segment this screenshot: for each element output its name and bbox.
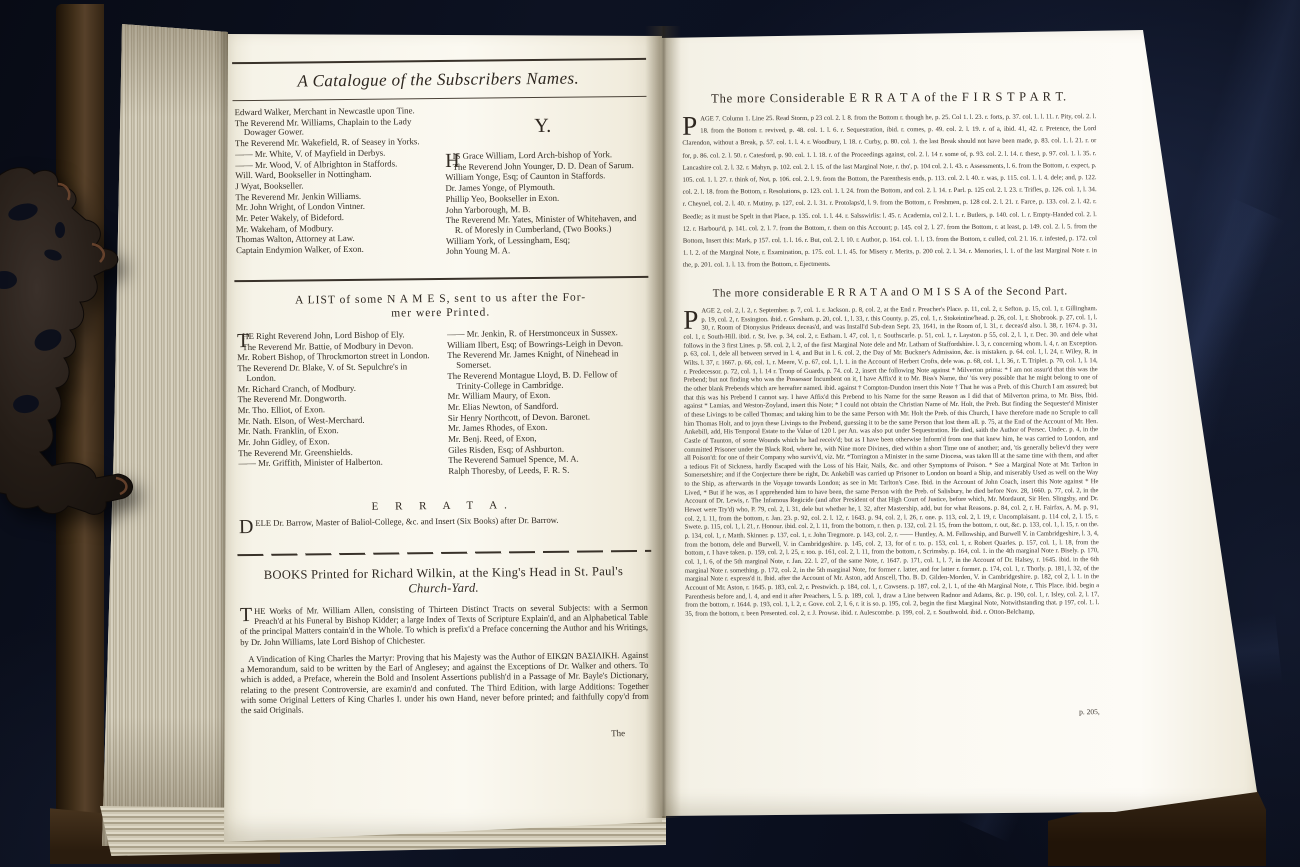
- catalogue-title: A Catalogue of the Subscribers Names.: [218, 68, 658, 93]
- list-item: William York, of Lessingham, Esq;: [446, 234, 644, 246]
- list-item: Captain Endymion Walker, of Exon.: [236, 244, 434, 256]
- errata-title: E R R A T A.: [223, 498, 663, 515]
- list-item: The Reverend Mr. James Knight, of Ninehe…: [447, 349, 645, 370]
- list-item: Phillip Yeo, Bookseller in Exon.: [445, 193, 643, 205]
- list-column-2: —— Mr. Jenkin, R. of Herstmonceux in Sus…: [447, 328, 647, 478]
- list-item: The Reverend Mr. Dongworth.: [238, 393, 436, 405]
- list-item: Mr. Nath. Franklin, of Exon.: [238, 425, 436, 437]
- books-paragraph-2: A Vindication of King Charles the Martyr…: [240, 650, 649, 718]
- list-item: J Wyat, Bookseller.: [235, 180, 433, 192]
- errata-first-part-heading: The more Considerable E R R A T A of the…: [682, 89, 1096, 107]
- books-paragraph-1: THE Works of Mr. William Allen, consisti…: [240, 602, 648, 650]
- books-heading: BOOKS Printed for Richard Wilkin, at the…: [223, 564, 663, 599]
- catchword: The: [565, 728, 625, 739]
- list-item: Eben Tracy, Bookseller.: [448, 476, 646, 478]
- list-item: The Reverend Mr. Williams, Chaplain to t…: [235, 117, 433, 138]
- header-rule-bottom: [232, 96, 646, 101]
- errata-text: DELE Dr. Barrow, Master of Baliol-Colleg…: [239, 514, 647, 542]
- section-divider-rule: [234, 276, 648, 282]
- section-letter-y: Y.: [445, 114, 641, 139]
- list-item: Mr. James Rhodes, of Exon.: [448, 422, 646, 434]
- list-item: Ralph Thoresby, of Leeds, F. R. S.: [448, 465, 646, 477]
- list-item: The Reverend Montague Lloyd, B. D. Fello…: [447, 370, 645, 391]
- errata-second-part-heading: The more considerable E R R A T A and O …: [683, 285, 1097, 300]
- subscribers-column-w: Edward Walker, Merchant in Newcastle upo…: [235, 106, 435, 268]
- dashed-rule: [237, 550, 651, 556]
- list-item: Will. Ward, Bookseller in Nottingham.: [235, 169, 433, 181]
- list-item: John Young M. A.: [446, 245, 644, 257]
- list-column-1: THE Right Reverend John, Lord Bishop of …: [237, 330, 436, 472]
- header-rule-top: [232, 58, 646, 64]
- metal-clasp: [0, 160, 148, 516]
- photo-of-open-book: A Catalogue of the Subscribers Names. Ed…: [0, 0, 1300, 867]
- list-item: The Reverend Mr. Yates, Minister of Whit…: [446, 214, 644, 235]
- book-gutter-shadow: [645, 26, 681, 818]
- catchword-page-number: p. 205,: [686, 707, 1100, 719]
- list-of-names-heading: A LIST of some N A M E S, sent to us aft…: [221, 290, 661, 323]
- errata-first-part-text: PAGE 7. Column 1. Line 25. Read Storm, p…: [682, 111, 1097, 284]
- left-page[interactable]: A Catalogue of the Subscribers Names. Ed…: [222, 24, 662, 844]
- list-item: Mr. Peter Wakely, of Bideford.: [236, 212, 434, 224]
- list-item: The Reverend Dr. Blake, V. of St. Sepulc…: [237, 362, 435, 383]
- list-item: —— Mr. Griffith, Minister of Halberton.: [238, 457, 436, 469]
- list-item: —— Mr. White, V. of Mayfield in Derbys.: [235, 148, 433, 160]
- errata-second-part-text: PAGE 2, col. 2, l. 2, r. September. p. 7…: [683, 305, 1099, 708]
- list-item: Mr. Tho. Elliot, of Exon.: [238, 404, 436, 416]
